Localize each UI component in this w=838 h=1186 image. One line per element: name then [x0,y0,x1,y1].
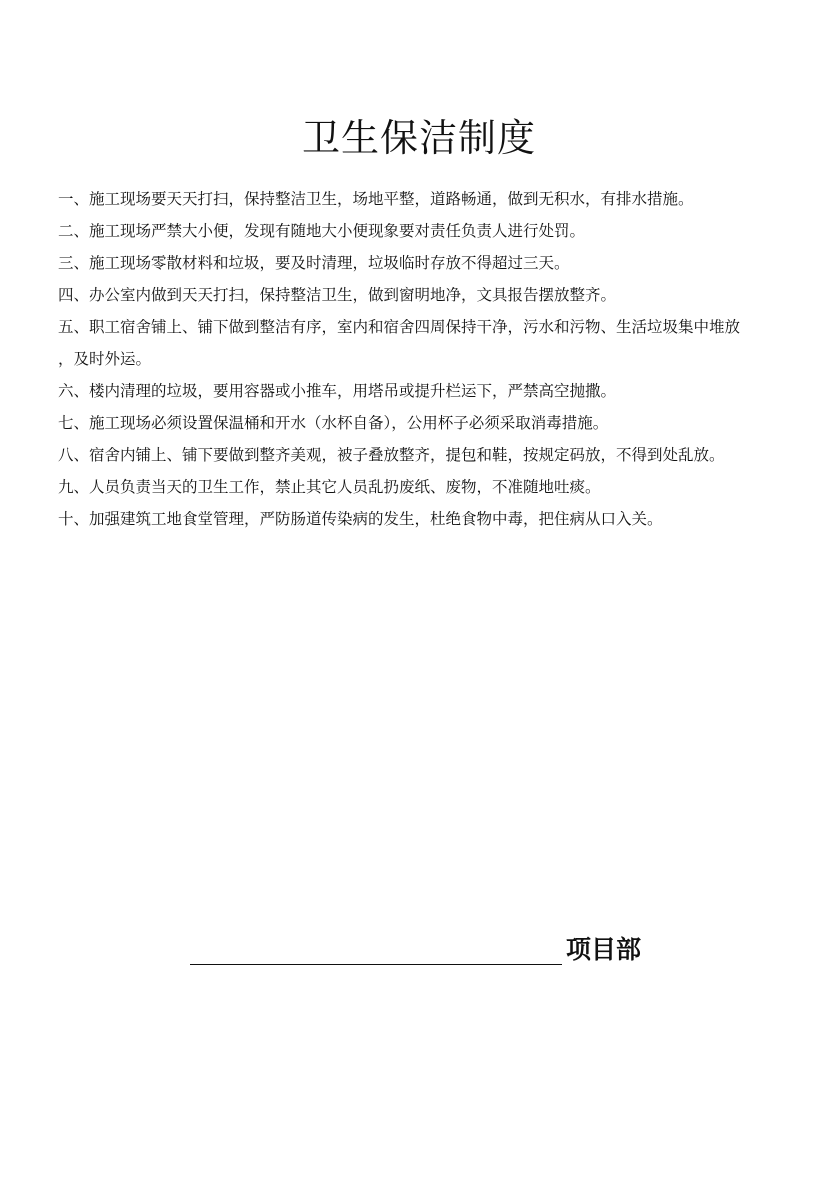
rules-list: 一、施工现场要天天打扫，保持整洁卫生，场地平整，道路畅通，做到无积水，有排水措施… [58,183,778,535]
signoff: 项目部 [190,930,641,970]
rule-item-6: 六、楼内清理的垃圾，要用容器或小推车，用塔吊或提升栏运下，严禁高空抛撒。 [58,375,778,407]
rule-item-7: 七、施工现场必须设置保温桶和开水（水杯自备），公用杯子必须采取消毒措施。 [58,407,778,439]
document-page: 卫生保洁制度 一、施工现场要天天打扫，保持整洁卫生，场地平整，道路畅通，做到无积… [0,0,838,1186]
rule-item-8: 八、宿舍内铺上、铺下要做到整齐美观，被子叠放整齐，提包和鞋，按规定码放，不得到处… [58,439,778,471]
rule-item-5: 五、职工宿舍铺上、铺下做到整洁有序，室内和宿舍四周保持干净，污水和污物、生活垃圾… [58,311,778,343]
rule-item-10: 十、加强建筑工地食堂管理，严防肠道传染病的发生，杜绝食物中毒，把住病从口入关。 [58,503,778,535]
project-name-blank-line [190,930,562,965]
rule-item-5-continued: ，及时外运。 [58,343,778,375]
rule-item-3: 三、施工现场零散材料和垃圾，要及时清理，垃圾临时存放不得超过三天。 [58,247,778,279]
rule-item-9: 九、人员负责当天的卫生工作，禁止其它人员乱扔废纸、废物，不准随地吐痰。 [58,471,778,503]
department-label: 项目部 [566,930,641,970]
rule-item-4: 四、办公室内做到天天打扫，保持整洁卫生，做到窗明地净，文具报告摆放整齐。 [58,279,778,311]
rule-item-2: 二、施工现场严禁大小便，发现有随地大小便现象要对责任负责人进行处罚。 [58,215,778,247]
rule-item-1: 一、施工现场要天天打扫，保持整洁卫生，场地平整，道路畅通，做到无积水，有排水措施… [58,183,778,215]
document-title: 卫生保洁制度 [0,112,838,164]
